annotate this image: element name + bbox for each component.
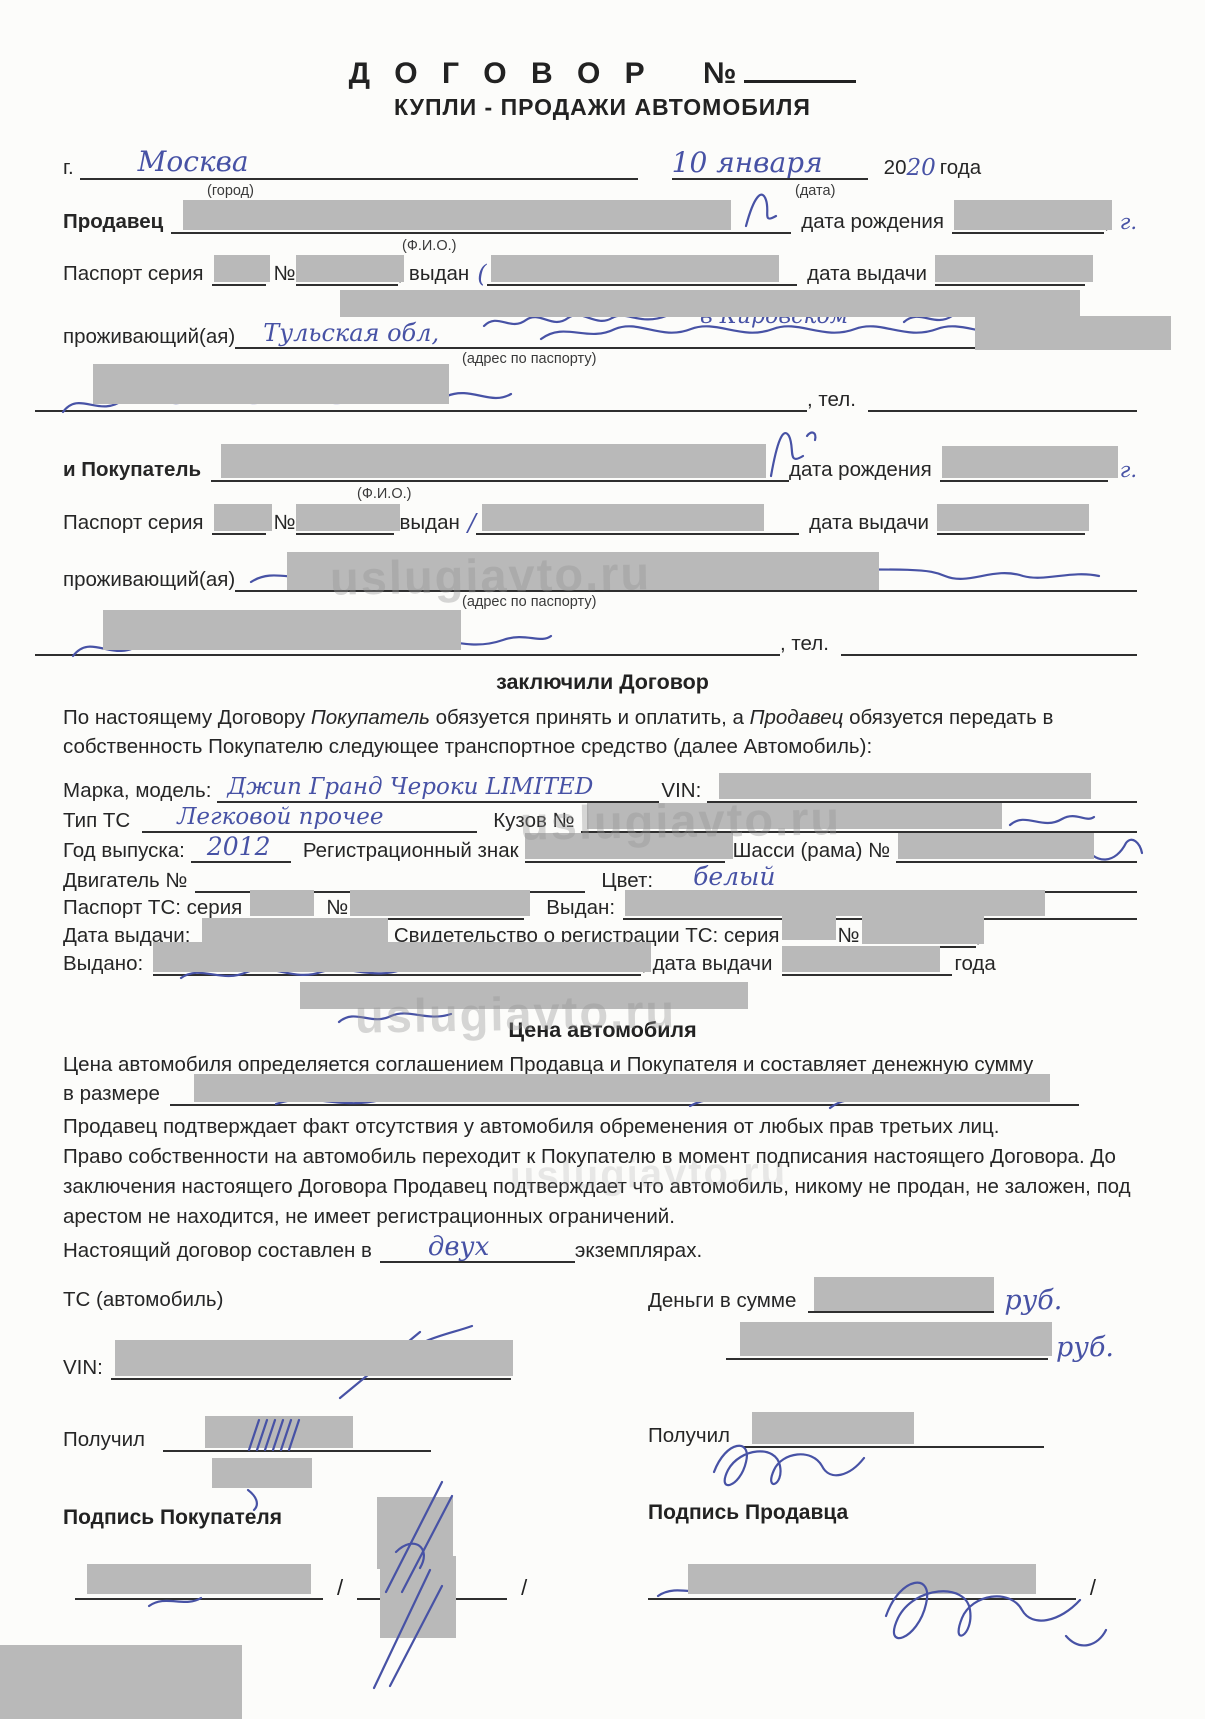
pts-issued-label: Выдан: <box>546 896 615 920</box>
buyer-birth-redaction <box>942 446 1118 478</box>
buyer-label: и Покупатель <box>63 458 201 482</box>
type-value-handwritten: Легковой прочее <box>177 805 383 829</box>
buyer-signature-row: / / <box>75 1568 545 1600</box>
vehicle-issuedby-row: Выдано: , дата выдачи года <box>63 950 1085 976</box>
agreement-heading: заключили Договор <box>0 670 1205 695</box>
price-redaction <box>194 1074 1050 1102</box>
city-date-row: г. Москва 10 января 20 20 года <box>63 146 1137 180</box>
year-value-handwritten: 20 <box>906 156 935 180</box>
signature-stroke <box>870 1566 1110 1662</box>
issued-date-redaction <box>782 946 940 972</box>
seller-passport-series-blank <box>212 258 266 286</box>
seller-address-caption: (адрес по паспорту) <box>462 351 596 367</box>
make-value-handwritten: Джип Гранд Чероки LIMITED <box>227 775 593 799</box>
buyer-phone-label: , тел. <box>780 632 829 656</box>
chassis-label: Шасси (рама) № <box>733 839 890 863</box>
vin-blank <box>707 775 1137 803</box>
buyer-address-caption: (адрес по паспорту) <box>462 594 596 610</box>
seller-passport-label: Паспорт серия <box>63 262 204 286</box>
make-blank: Джип Гранд Чероки LIMITED <box>217 775 659 803</box>
handwriting-stroke <box>763 422 823 478</box>
received-left-redaction-2 <box>212 1458 312 1488</box>
buyer-issued-label: выдан <box>400 511 460 535</box>
buyer-address2-blank <box>35 628 780 656</box>
contract-page: Д О Г О В О Р № КУПЛИ - ПРОДАЖИ АВТОМОБИ… <box>0 0 1205 1719</box>
buyer-issue-date-label: дата выдачи <box>809 511 929 535</box>
reg-label: Регистрационный знак <box>303 839 519 863</box>
buyer-name-row: и Покупатель дата рождения г. <box>63 446 1137 482</box>
seller-name-row: Продавец дата рождения , г. <box>63 200 1137 234</box>
copies-start: Настоящий договор составлен в <box>63 1239 372 1263</box>
vin-label: VIN: <box>661 779 701 803</box>
issued-by-label: Выдано: <box>63 952 143 976</box>
type-label: Тип ТС <box>63 809 130 833</box>
buyer-passport-row: Паспорт серия № выдан / дата выдачи <box>63 503 1085 535</box>
pts-number-redaction <box>350 890 530 916</box>
pts-series-blank <box>250 892 312 920</box>
money-row: Деньги в сумме руб. <box>648 1281 1108 1313</box>
seller-name-redaction <box>183 200 731 230</box>
doc-number-blank <box>744 50 856 83</box>
rub2-handwritten: руб. <box>1056 1336 1114 1360</box>
money2-redaction <box>740 1322 1052 1356</box>
vehicle-year-row: Год выпуска: 2012 Регистрационный знак Ш… <box>63 835 1137 863</box>
buyer-passport-number-sign: № <box>274 511 296 535</box>
price-size-label: в размере <box>63 1082 160 1106</box>
buyer-issue-date-blank <box>937 507 1085 535</box>
seller-address-right-redaction <box>975 316 1171 350</box>
buyer-passport-number-blank <box>296 507 394 535</box>
seller-passport-number-sign: № <box>274 262 296 286</box>
buyer-signature-blank-1 <box>75 1572 323 1600</box>
engine-blank <box>195 865 585 893</box>
signature-stroke <box>350 1560 470 1690</box>
seller-address2-redaction <box>93 364 449 404</box>
seller-birth-label: дата рождения <box>801 210 944 234</box>
bottom-left-redaction <box>0 1645 242 1719</box>
color-value-handwritten: белый <box>693 865 775 889</box>
seller-birth-blank <box>952 206 1104 234</box>
signature-slash: / <box>337 1576 343 1600</box>
copies-blank: двух <box>380 1235 575 1263</box>
signature-slash: / <box>521 1576 527 1600</box>
issued-date-blank <box>782 948 952 976</box>
doc-number-sign: № <box>703 57 744 90</box>
seller-issue-date-label: дата выдачи <box>807 262 927 286</box>
city-label: г. <box>63 156 74 180</box>
seller-issue-date-blank <box>935 258 1085 286</box>
money-blank <box>808 1285 994 1313</box>
pts-number-blank <box>348 892 524 920</box>
signature-stroke <box>700 1432 900 1498</box>
buyer-series-redaction <box>214 504 272 531</box>
engine-label: Двигатель № <box>63 869 187 893</box>
price-p3: Право собственности на автомобиль перехо… <box>63 1142 1155 1232</box>
reg-redaction <box>525 833 733 859</box>
signature-hatch-stroke <box>245 1418 305 1452</box>
chassis-blank <box>896 835 1137 863</box>
copies-row: Настоящий договор составлен в двух экзем… <box>63 1231 763 1263</box>
city-caption: (город) <box>207 183 254 199</box>
seller-residing-label: проживающий(ая) <box>63 325 235 349</box>
issued-by-redaction-strip <box>300 982 748 1009</box>
pts-number-sign: № <box>326 896 348 920</box>
date-caption: (дата) <box>795 183 835 199</box>
year-suffix: года <box>940 156 981 180</box>
handwriting-stroke <box>242 1486 272 1512</box>
seller-birth-suffix-handwritten: г. <box>1120 210 1137 234</box>
agreement-paragraph: По настоящему Договору Покупатель обязуе… <box>63 703 1148 761</box>
car-vin-label: VIN: <box>63 1356 103 1380</box>
copies-end: экземплярах. <box>575 1239 702 1263</box>
year-blank: 2012 <box>191 835 291 863</box>
vehicle-make-row: Марка, модель: Джип Гранд Чероки LIMITED… <box>63 775 1137 803</box>
pts-date-redaction <box>202 918 388 944</box>
date-value-handwritten: 10 января <box>672 151 823 175</box>
handwriting-stroke <box>145 1592 205 1612</box>
buyer-issue-date-redaction <box>937 504 1089 531</box>
vehicle-engine-row: Двигатель № Цвет: белый <box>63 865 1137 893</box>
buyer-issued-redaction <box>482 504 764 531</box>
seller-issued-redaction <box>491 255 779 282</box>
pts-label: Паспорт ТС: серия <box>63 896 242 920</box>
chassis-redaction <box>898 833 1094 859</box>
seller-signature-heading: Подпись Продавца <box>648 1501 848 1525</box>
seller-number-redaction <box>296 255 404 282</box>
cert-number-sign: № <box>838 924 860 948</box>
seller-series-redaction <box>214 255 270 282</box>
buyer-residing-row: проживающий(ая) <box>63 556 1137 592</box>
buyer-signature-redaction-2 <box>87 1564 311 1594</box>
buyer-passport-label: Паспорт серия <box>63 511 204 535</box>
buyer-issued-blank <box>476 507 799 535</box>
vehicle-type-row: Тип ТС Легковой прочее Кузов № <box>63 805 1137 833</box>
seller-label: Продавец <box>63 210 163 234</box>
handwriting-stroke <box>335 1006 455 1030</box>
issued-date-label: , дата выдачи <box>641 952 772 976</box>
handwriting-stroke <box>736 186 796 228</box>
seller-address2-blank <box>35 384 807 412</box>
seller-issued-redaction-strip <box>340 290 1080 317</box>
seller-phone-row: , тел. <box>35 376 1137 412</box>
seller-name-blank <box>171 206 791 234</box>
reg-blank <box>525 835 725 863</box>
money-label: Деньги в сумме <box>648 1289 796 1313</box>
received-left-label: Получил <box>63 1428 145 1452</box>
seller-phone-label: , тел. <box>807 388 856 412</box>
cert-series-redaction <box>782 912 836 940</box>
money-row-2: руб. <box>726 1328 1108 1360</box>
buyer-fio-caption: (Ф.И.О.) <box>357 486 411 502</box>
buyer-issue-mark-handwritten: / <box>468 511 476 535</box>
received-left-row: Получил <box>63 1420 463 1452</box>
buyer-name-blank <box>211 454 789 482</box>
doc-title: Д О Г О В О Р № <box>0 50 1205 91</box>
doc-title-text: Д О Г О В О Р <box>349 57 653 90</box>
cert-series-blank <box>786 920 832 948</box>
color-blank: белый <box>665 865 1137 893</box>
price-size-row: в размере <box>63 1076 1079 1106</box>
issued-date-suffix: года <box>954 952 995 976</box>
buyer-birth-suffix-handwritten: г. <box>1120 458 1137 482</box>
pts-series-redaction <box>250 890 314 916</box>
buyer-number-redaction <box>296 504 400 531</box>
body-blank <box>581 805 1137 833</box>
buyer-residing-label: проживающий(ая) <box>63 568 235 592</box>
buyer-address2-redaction <box>103 610 461 650</box>
spacer <box>638 154 672 180</box>
seller-passport-row: Паспорт серия № , выдан ( дата выдачи <box>63 254 1085 286</box>
seller-issued-label: , выдан <box>398 262 470 286</box>
car-vin-blank <box>111 1352 511 1380</box>
type-blank: Легковой прочее <box>142 805 477 833</box>
body-label: Кузов № <box>493 809 574 833</box>
doc-subtitle: КУПЛИ - ПРОДАЖИ АВТОМОБИЛЯ <box>0 94 1205 121</box>
seller-passport-number-blank <box>296 258 398 286</box>
seller-issue-date-redaction <box>935 255 1093 282</box>
year-label: Год выпуска: <box>63 839 185 863</box>
buyer-address-blank <box>235 564 1137 592</box>
date-blank: 10 января <box>672 152 868 180</box>
rub1-handwritten: руб. <box>1004 1289 1062 1313</box>
body-redaction <box>587 803 1002 829</box>
seller-birth-redaction <box>954 200 1112 230</box>
price-heading: Цена автомобиля <box>0 1018 1205 1043</box>
car-vin-redaction <box>115 1340 513 1376</box>
seller-fio-caption: (Ф.И.О.) <box>402 238 456 254</box>
issued-by-blank <box>153 948 641 976</box>
year-prefix: 20 <box>884 156 907 180</box>
price-size-blank <box>170 1078 1079 1106</box>
agreement-p1-buyer: Покупатель <box>311 706 430 729</box>
seller-issue-paren-handwritten: ( <box>477 262 486 286</box>
agreement-p1-seller: Продавец <box>750 706 844 729</box>
car-vin-row: VIN: <box>63 1348 533 1380</box>
money-redaction <box>814 1277 994 1311</box>
buyer-phone-blank <box>841 628 1137 656</box>
year-value-handwritten: 2012 <box>207 835 271 859</box>
city-blank: Москва <box>80 152 638 180</box>
seller-phone-blank <box>868 384 1137 412</box>
copies-value-handwritten: двух <box>428 1235 489 1259</box>
seller-issued-blank <box>487 258 798 286</box>
city-value-handwritten: Москва <box>138 150 249 174</box>
buyer-phone-row: , тел. <box>35 620 1137 656</box>
agreement-p1-mid: обязуется принять и оплатить, а <box>430 706 750 729</box>
agreement-p1-start: По настоящему Договору <box>63 706 311 729</box>
buyer-name-redaction <box>221 444 766 478</box>
buyer-passport-series-blank <box>212 507 266 535</box>
cert-number-blank <box>860 920 976 948</box>
vin-redaction <box>719 773 1091 799</box>
money2-blank <box>726 1332 1048 1360</box>
cert-number-redaction <box>862 916 984 944</box>
buyer-birth-blank <box>940 454 1108 482</box>
seller-address-handwritten: Тульская обл, <box>263 321 439 345</box>
make-label: Марка, модель: <box>63 779 211 803</box>
buyer-address-redaction <box>287 552 879 590</box>
received-left-blank <box>163 1424 431 1452</box>
car-title: ТС (автомобиль) <box>63 1288 223 1312</box>
issued-by-redaction <box>153 942 651 972</box>
